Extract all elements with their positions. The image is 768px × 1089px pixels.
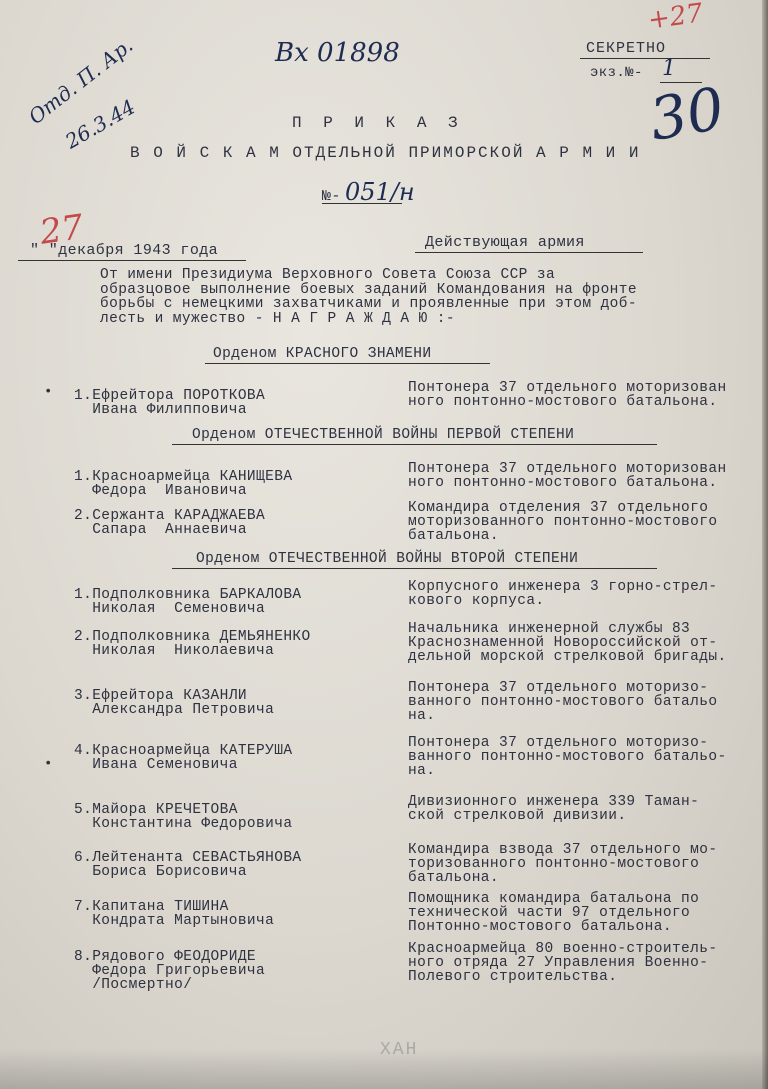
order-number-label: №- (322, 190, 341, 204)
margin-stamp-date: 26.3.44 (61, 95, 139, 154)
army-underline (415, 252, 643, 253)
award-heading: Орденом КРАСНОГО ЗНАМЕНИ (213, 347, 431, 361)
order-date: " "декабря 1943 года (30, 244, 218, 258)
document-subtitle: В О Й С К А М ОТДЕЛЬНОЙ ПРИМОРСКОЙ А Р М… (130, 146, 640, 160)
date-underline (18, 260, 246, 261)
recipient-position: Понтонера 37 отдельного моторизован ного… (408, 381, 727, 409)
recipient-position: Понтонера 37 отдельного моторизо- ванног… (408, 736, 727, 778)
order-number-underline (322, 203, 402, 204)
red-pencil-mark: +27 (646, 0, 705, 36)
recipient-position: Командира взвода 37 отдельного мо- ториз… (408, 843, 717, 885)
recipient-name: 8.Рядового ФЕОДОРИДЕ Федора Григорьевича… (74, 950, 265, 992)
document-page: Отд. П. Ар. 26.3.44 Вх 01898 +27 СЕКРЕТН… (0, 0, 768, 1089)
recipient-name: 1.Красноармейца КАНИЩЕВА Федора Иванович… (74, 470, 292, 498)
preamble-text: От имени Президиума Верховного Совета Со… (100, 268, 637, 326)
recipient-position: Командира отделения 37 отдельного мотори… (408, 501, 717, 543)
recipient-name: 2.Сержанта КАРАДЖАЕВА Сапара Аннаевича (74, 509, 265, 537)
recipient-position: Помощника командира батальона по техниче… (408, 892, 699, 934)
recipient-name: 1.Ефрейтора ПОРОТКОВА Ивана Филипповича (74, 389, 265, 417)
hole-punch-mark: • (44, 756, 52, 772)
award-heading: Орденом ОТЕЧЕСТВЕННОЙ ВОЙНЫ ПЕРВОЙ СТЕПЕ… (192, 428, 574, 442)
recipient-position: Корпусного инженера 3 горно-стрел- ковог… (408, 580, 717, 608)
recipient-name: 5.Майора КРЕЧЕТОВА Константина Федорович… (74, 803, 292, 831)
award-heading: Орденом ОТЕЧЕСТВЕННОЙ ВОЙНЫ ВТОРОЙ СТЕПЕ… (196, 552, 578, 566)
hole-punch-mark: • (44, 384, 52, 400)
classification-underline (580, 58, 710, 59)
handwritten-page-number: 30 (645, 74, 729, 154)
award-heading-underline (205, 363, 490, 364)
recipient-name: 3.Ефрейтора КАЗАНЛИ Александра Петровича (74, 689, 274, 717)
copy-label: экз.№- (590, 66, 643, 80)
archive-number: Вх 01898 (275, 38, 400, 68)
army-location: Действующая армия (425, 236, 585, 250)
document-title: П Р И К А З (292, 116, 464, 130)
award-heading-underline (172, 568, 657, 569)
recipient-position: Понтонера 37 отдельного моторизо- ванног… (408, 681, 717, 723)
recipient-name: 4.Красноармейца КАТЕРУША Ивана Семенович… (74, 744, 292, 772)
page-edge (762, 0, 768, 1089)
order-number: 051/н (345, 178, 415, 206)
recipient-position: Дивизионного инженера 339 Таман- ской ст… (408, 795, 699, 823)
recipient-name: 7.Капитана ТИШИНА Кондрата Мартыновича (74, 900, 274, 928)
copy-number: 1 (662, 56, 676, 81)
recipient-position: Понтонера 37 отдельного моторизован ного… (408, 462, 727, 490)
recipient-position: Начальника инженерной службы 83 Краснозн… (408, 622, 727, 664)
archive-watermark: ХАН (380, 1040, 418, 1060)
recipient-name: 6.Лейтенанта СЕВАСТЬЯНОВА Бориса Борисов… (74, 851, 302, 879)
award-heading-underline (172, 444, 657, 445)
recipient-name: 1.Подполковника БАРКАЛОВА Николая Семено… (74, 588, 302, 616)
recipient-position: Красноармейца 80 военно-строитель- ного … (408, 942, 717, 984)
classification-label: СЕКРЕТНО (586, 42, 666, 56)
recipient-name: 2.Подполковника ДЕМЬЯНЕНКО Николая Никол… (74, 630, 311, 658)
